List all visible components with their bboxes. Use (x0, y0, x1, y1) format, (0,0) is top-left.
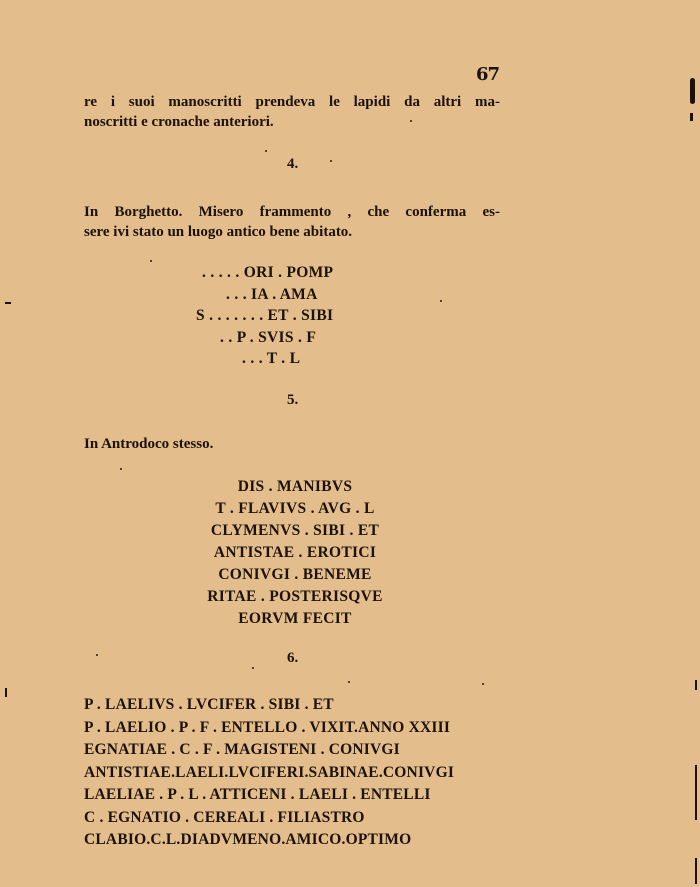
edge-ink-mark (5, 302, 11, 304)
edge-ink-mark (695, 765, 697, 820)
inscription-line: ANTISTIAE.LAELI.LVCIFERI.SABINAE.CONIVGI (84, 762, 454, 785)
inscription-line: EGNATIAE . C . F . MAGISTENI . CONIVGI (84, 739, 454, 762)
section-number-6: 6. (287, 650, 298, 667)
inscription-line: RITAE . POSTERISQVE (160, 586, 430, 608)
section-number-4: 4. (287, 156, 298, 173)
intro-line: noscritti e cronache anteriori. (84, 112, 500, 132)
scan-speck (440, 300, 442, 302)
section-6-inscription: P . LAELIVS . LVCIFER . SIBI . ET P . LA… (84, 694, 454, 852)
section-4-description: In Borghetto. Misero frammento , che con… (84, 202, 500, 242)
inscription-line: DIS . MANIBVS (160, 476, 430, 498)
inscription-line: . . P . SVIS . F (196, 327, 406, 349)
inscription-line: CONIVGI . BENEME (160, 564, 430, 586)
scan-speck (120, 468, 122, 470)
page-number: 67 (476, 64, 499, 85)
scan-speck (96, 654, 98, 656)
scan-speck (150, 260, 152, 262)
inscription-line: LAELIAE . P . L . ATTICENI . LAELI . ENT… (84, 784, 454, 807)
edge-ink-mark (690, 113, 693, 121)
scan-speck (410, 120, 412, 122)
section-5-description: In Antrodoco stesso. (84, 434, 500, 454)
edge-ink-mark (690, 78, 695, 104)
section-number-5: 5. (287, 392, 298, 409)
inscription-line: EORVM FECIT (160, 608, 430, 630)
inscription-line: . . . T . L (196, 348, 406, 370)
scan-speck (482, 683, 484, 685)
edge-ink-mark (695, 858, 697, 884)
scan-speck (330, 160, 332, 162)
section-4-inscription: . . . . . ORI . POMP . . . IA . AMA S . … (196, 262, 406, 370)
inscription-line: . . . IA . AMA (196, 284, 406, 306)
inscription-line: ANTISTAE . EROTICI (160, 542, 430, 564)
inscription-line: P . LAELIO . P . F . ENTELLO . VIXIT.ANN… (84, 717, 454, 740)
inscription-line: CLABIO.C.L.DIADVMENO.AMICO.OPTIMO (84, 829, 454, 852)
scan-speck (265, 150, 267, 152)
intro-paragraph: re i suoi manoscritti prendeva le lapidi… (84, 92, 500, 132)
intro-line: re i suoi manoscritti prendeva le lapidi… (84, 92, 500, 112)
inscription-line: C . EGNATIO . CEREALI . FILIASTRO (84, 807, 454, 830)
inscription-line: T . FLAVIVS . AVG . L (160, 498, 430, 520)
description-line: In Antrodoco stesso. (84, 434, 500, 454)
description-line: sere ivi stato un luogo antico bene abit… (84, 222, 500, 242)
edge-ink-mark (695, 680, 697, 690)
inscription-line: S . . . . . . . ET . SIBI (196, 305, 406, 327)
scanned-book-page: 67 re i suoi manoscritti prendeva le lap… (0, 0, 700, 887)
inscription-line: P . LAELIVS . LVCIFER . SIBI . ET (84, 694, 454, 717)
scan-speck (252, 667, 254, 669)
section-5-inscription: DIS . MANIBVS T . FLAVIVS . AVG . L CLYM… (160, 476, 430, 630)
edge-ink-mark (5, 688, 7, 697)
description-line: In Borghetto. Misero frammento , che con… (84, 202, 500, 222)
scan-speck (348, 681, 350, 683)
inscription-line: CLYMENVS . SIBI . ET (160, 520, 430, 542)
inscription-line: . . . . . ORI . POMP (196, 262, 406, 284)
